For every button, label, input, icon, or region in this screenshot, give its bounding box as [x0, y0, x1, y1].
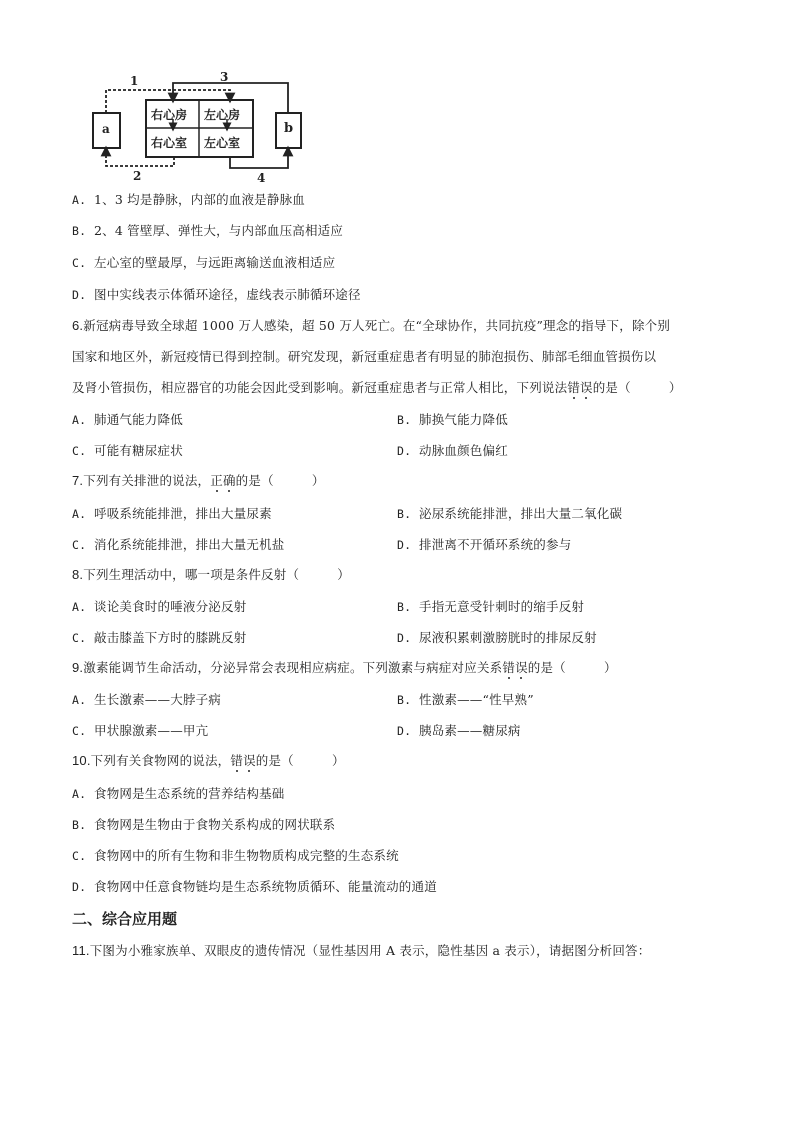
option-label: D. [397, 723, 419, 739]
option-text: 泌尿系统能排泄，排出大量二氧化碳 [419, 506, 622, 521]
emphasized-char: 误 [243, 753, 256, 768]
option-text: 左心室的壁最厚，与远距离输送血液相适应 [94, 255, 335, 270]
option-label: C. [72, 848, 94, 864]
emphasized-char: 误 [515, 660, 528, 675]
option-label: B. [72, 817, 94, 833]
option-label: D. [72, 287, 94, 303]
answer-blank: 的是（ ） [256, 753, 345, 768]
option-text: 敲击膝盖下方时的膝跳反射 [94, 630, 246, 645]
left-ventricle-label: 左心室 [204, 134, 240, 151]
q10-option-a: A.食物网是生态系统的营养结构基础 [72, 786, 285, 802]
question-text: 下图为小雅家族单、双眼皮的遗传情况（显性基因用 A 表示，隐性基因 a 表示），… [90, 943, 651, 958]
q7-option-d: D.排泄离不开循环系统的参与 [397, 537, 571, 553]
circulation-diagram: a b 右心房 左心房 右心室 左心室 1 3 2 4 [88, 70, 318, 192]
option-text: 食物网是生态系统的营养结构基础 [94, 786, 285, 801]
option-text: 1、3 均是静脉，内部的血液是静脉血 [94, 192, 305, 207]
option-text: 图中实线表示体循环途径，虚线表示肺循环途径 [94, 287, 361, 302]
option-label: B. [397, 412, 419, 428]
q5-option-d: D.图中实线表示体循环途径，虚线表示肺循环途径 [72, 287, 361, 303]
q5-option-c: C.左心室的壁最厚，与远距离输送血液相适应 [72, 255, 335, 271]
option-text: 排泄离不开循环系统的参与 [419, 537, 571, 552]
option-label: D. [397, 537, 419, 553]
q6-option-c: C.可能有糖尿症状 [72, 443, 183, 459]
option-text: 甲状腺激素——甲亢 [94, 723, 208, 738]
question-text: 国家和地区外，新冠疫情已得到控制。研究发现，新冠重症患者有明显的肺泡损伤、肺部毛… [72, 349, 656, 364]
question-text: 新冠病毒导致全球超 1000 万人感染，超 50 万人死亡。在“全球协作，共同抗… [83, 318, 670, 333]
option-text: 动脉血颜色偏红 [419, 443, 508, 458]
emphasized-char: 错 [567, 380, 580, 395]
q10-option-d: D.食物网中任意食物链均是生态系统物质循环、能量流动的通道 [72, 879, 437, 895]
q7-stem: 7.下列有关排泄的说法，正确的是（ ） [72, 473, 325, 489]
question-text: 下列有关排泄的说法， [83, 473, 210, 488]
diagram-box-b-label: b [284, 121, 293, 136]
option-text: 手指无意受针刺时的缩手反射 [419, 599, 584, 614]
q8-option-b: B.手指无意受针刺时的缩手反射 [397, 599, 584, 615]
q6-stem-line1: 6.新冠病毒导致全球超 1000 万人感染，超 50 万人死亡。在“全球协作，共… [72, 318, 670, 334]
q6-stem-line2: 国家和地区外，新冠疫情已得到控制。研究发现，新冠重症患者有明显的肺泡损伤、肺部毛… [72, 349, 656, 365]
section-title: 二、综合应用题 [72, 910, 177, 928]
vessel-label-2: 2 [133, 169, 141, 183]
option-text: 胰岛素——糖尿病 [419, 723, 521, 738]
option-label: B. [72, 223, 94, 239]
emphasized-char: 确 [223, 473, 236, 488]
option-label: C. [72, 630, 94, 646]
answer-blank: 的是（ ） [593, 380, 682, 395]
left-atrium-label: 左心房 [204, 106, 240, 123]
q9-option-c: C.甲状腺激素——甲亢 [72, 723, 208, 739]
q9-stem: 9.激素能调节生命活动，分泌异常会表现相应病症。下列激素与病症对应关系错误的是（… [72, 660, 617, 676]
q6-option-d: D.动脉血颜色偏红 [397, 443, 508, 459]
emphasized-char: 错 [230, 753, 243, 768]
vessel-label-4: 4 [257, 171, 265, 185]
option-text: 2、4 管壁厚、弹性大，与内部血压高相适应 [94, 223, 343, 238]
question-number: 9. [72, 660, 83, 675]
option-text: 性激素——“性早熟” [419, 692, 534, 707]
option-label: A. [72, 192, 94, 208]
question-text: 下列有关食物网的说法， [91, 753, 231, 768]
option-text: 生长激素——大脖子病 [94, 692, 221, 707]
emphasized-char: 误 [580, 380, 593, 395]
question-text: 下列生理活动中，哪一项是条件反射（ ） [83, 567, 350, 582]
q7-option-a: A.呼吸系统能排泄，排出大量尿素 [72, 506, 272, 522]
option-label: A. [72, 506, 94, 522]
option-label: C. [72, 443, 94, 459]
option-text: 食物网中的所有生物和非生物物质构成完整的生态系统 [94, 848, 399, 863]
emphasized-char: 正 [210, 473, 223, 488]
q7-option-c: C.消化系统能排泄，排出大量无机盐 [72, 537, 285, 553]
question-number: 7. [72, 473, 83, 488]
question-number: 6. [72, 318, 83, 333]
q8-stem: 8.下列生理活动中，哪一项是条件反射（ ） [72, 567, 350, 583]
vessel-label-3: 3 [220, 70, 228, 84]
option-label: D. [72, 879, 94, 895]
option-text: 肺通气能力降低 [94, 412, 183, 427]
question-number: 8. [72, 567, 83, 582]
diagram-box-a-label: a [102, 122, 110, 136]
q5-option-b: B.2、4 管壁厚、弹性大，与内部血压高相适应 [72, 223, 343, 239]
question-text: 及肾小管损伤，相应器官的功能会因此受到影响。新冠重症患者与正常人相比，下列说法 [72, 380, 567, 395]
question-text: 激素能调节生命活动，分泌异常会表现相应病症。下列激素与病症对应关系 [83, 660, 502, 675]
option-label: C. [72, 723, 94, 739]
option-label: D. [397, 443, 419, 459]
q9-option-d: D.胰岛素——糖尿病 [397, 723, 521, 739]
answer-blank: 的是（ ） [528, 660, 617, 675]
q8-option-a: A.谈论美食时的唾液分泌反射 [72, 599, 246, 615]
option-label: A. [72, 599, 94, 615]
option-label: B. [397, 506, 419, 522]
right-ventricle-label: 右心室 [151, 134, 187, 151]
option-label: A. [72, 412, 94, 428]
answer-blank: 的是（ ） [236, 473, 325, 488]
right-atrium-label: 右心房 [151, 106, 187, 123]
emphasized-char: 错 [502, 660, 515, 675]
q6-option-a: A.肺通气能力降低 [72, 412, 183, 428]
option-text: 谈论美食时的唾液分泌反射 [94, 599, 246, 614]
option-label: C. [72, 537, 94, 553]
option-text: 消化系统能排泄，排出大量无机盐 [94, 537, 285, 552]
question-number: 10. [72, 753, 91, 768]
q9-option-a: A.生长激素——大脖子病 [72, 692, 221, 708]
option-text: 肺换气能力降低 [419, 412, 508, 427]
q11-stem: 11.下图为小雅家族单、双眼皮的遗传情况（显性基因用 A 表示，隐性基因 a 表… [72, 943, 650, 959]
option-label: A. [72, 692, 94, 708]
option-text: 食物网是生物由于食物关系构成的网状联系 [94, 817, 335, 832]
vessel-label-1: 1 [130, 74, 138, 88]
option-text: 尿液积累刺激膀胱时的排尿反射 [419, 630, 597, 645]
q8-option-d: D.尿液积累刺激膀胱时的排尿反射 [397, 630, 597, 646]
option-label: A. [72, 786, 94, 802]
option-text: 呼吸系统能排泄，排出大量尿素 [94, 506, 272, 521]
q10-stem: 10.下列有关食物网的说法，错误的是（ ） [72, 753, 345, 769]
question-number: 11. [72, 943, 90, 958]
option-text: 食物网中任意食物链均是生态系统物质循环、能量流动的通道 [94, 879, 437, 894]
q8-option-c: C.敲击膝盖下方时的膝跳反射 [72, 630, 246, 646]
q5-option-a: A.1、3 均是静脉，内部的血液是静脉血 [72, 192, 305, 208]
option-label: B. [397, 599, 419, 615]
q7-option-b: B.泌尿系统能排泄，排出大量二氧化碳 [397, 506, 622, 522]
q10-option-b: B.食物网是生物由于食物关系构成的网状联系 [72, 817, 335, 833]
document-page: a b 右心房 左心房 右心室 左心室 1 3 2 4 A.1、3 均是静脉，内… [0, 0, 793, 1122]
option-text: 可能有糖尿症状 [94, 443, 183, 458]
option-label: C. [72, 255, 94, 271]
q10-option-c: C.食物网中的所有生物和非生物物质构成完整的生态系统 [72, 848, 399, 864]
q6-option-b: B.肺换气能力降低 [397, 412, 508, 428]
q6-stem-line3: 及肾小管损伤，相应器官的功能会因此受到影响。新冠重症患者与正常人相比，下列说法错… [72, 380, 682, 396]
option-label: B. [397, 692, 419, 708]
q9-option-b: B.性激素——“性早熟” [397, 692, 534, 708]
option-label: D. [397, 630, 419, 646]
